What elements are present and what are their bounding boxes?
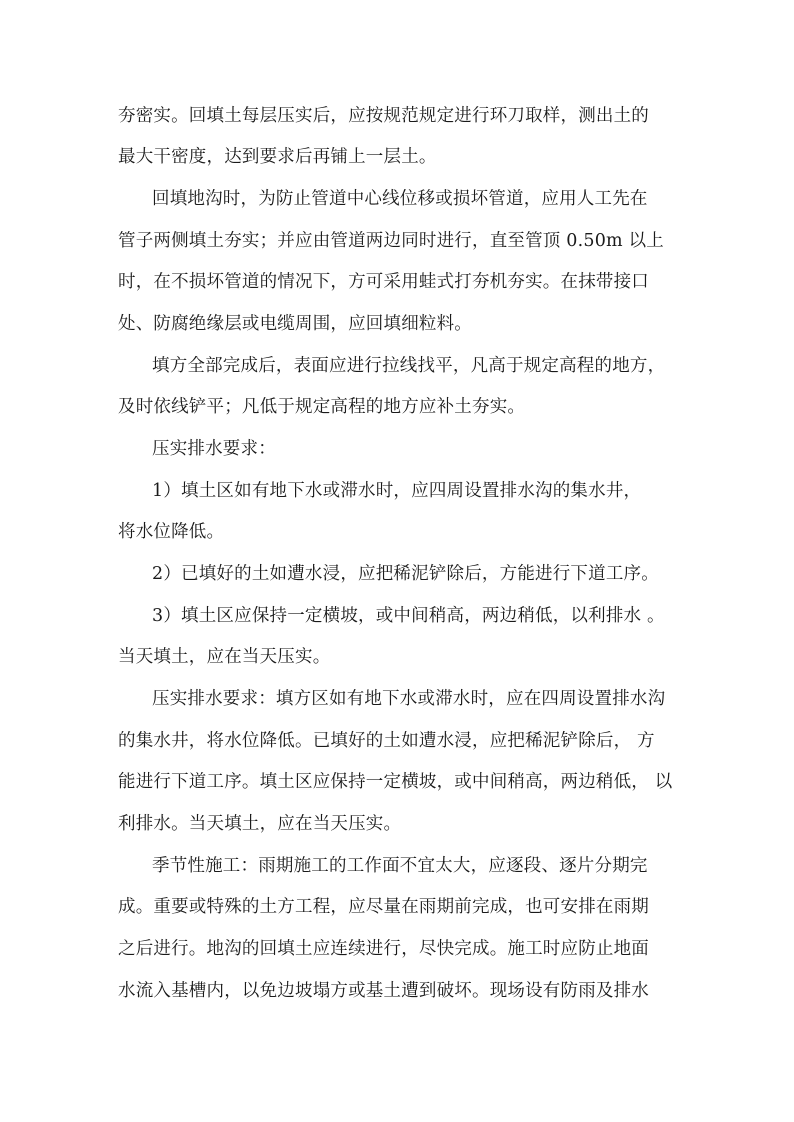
paragraph-first-line: 填方全部完成后，表面应进行拉线找平，凡高于规定高程的地方， bbox=[152, 355, 722, 377]
list-item-3: 3）填土区应保持一定横坡，或中间稍高，两边稍低，以利排水 。 bbox=[152, 605, 722, 627]
text-line: 及时依线铲平；凡低于规定高程的地方应补土夯实。 bbox=[118, 396, 688, 418]
text-line: 的集水井，将水位降低。已填好的土如遭水浸，应把稀泥铲除后， 方 bbox=[118, 730, 688, 752]
paragraph-first-line: 回填地沟时，为防止管道中心线位移或损坏管道，应用人工先在 bbox=[152, 188, 722, 210]
text-line: 之后进行。地沟的回填土应连续进行，尽快完成。施工时应防止地面 bbox=[118, 938, 688, 960]
text-line: 最大干密度，达到要求后再铺上一层土。 bbox=[118, 146, 688, 168]
text-line: 成。重要或特殊的土方工程，应尽量在雨期前完成，也可安排在雨期 bbox=[118, 896, 688, 918]
text-line: 将水位降低。 bbox=[118, 521, 688, 543]
section-heading: 压实排水要求： bbox=[152, 438, 722, 460]
paragraph-first-line: 压实排水要求：填方区如有地下水或滞水时，应在四周设置排水沟 bbox=[152, 688, 722, 710]
text-line: 时，在不损坏管道的情况下，方可采用蛙式打夯机夯实。在抹带接口 bbox=[118, 271, 688, 293]
text-line: 利排水。当天填土，应在当天压实。 bbox=[118, 813, 688, 835]
document-page: 夯密实。回填土每层压实后，应按规范规定进行环刀取样，测出土的 最大干密度，达到要… bbox=[0, 0, 794, 1122]
text-line: 水流入基槽内，以免边坡塌方或基土遭到破坏。现场设有防雨及排水 bbox=[118, 980, 688, 1002]
text-line: 当天填土，应在当天压实。 bbox=[118, 646, 688, 668]
text-line: 能进行下道工序。填土区应保持一定横坡，或中间稍高，两边稍低， 以 bbox=[118, 771, 688, 793]
text-line: 处、防腐绝缘层或电缆周围，应回填细粒料。 bbox=[118, 313, 688, 335]
list-item-2: 2）已填好的土如遭水浸，应把稀泥铲除后，方能进行下道工序。 bbox=[152, 563, 722, 585]
text-line: 夯密实。回填土每层压实后，应按规范规定进行环刀取样，测出土的 bbox=[118, 105, 688, 127]
paragraph-first-line: 季节性施工：雨期施工的工作面不宜太大，应逐段、逐片分期完 bbox=[152, 855, 722, 877]
text-line: 管子两侧填土夯实；并应由管道两边同时进行，直至管顶 0.50m 以上 bbox=[118, 230, 688, 252]
list-item-1: 1）填土区如有地下水或滞水时，应四周设置排水沟的集水井， bbox=[152, 480, 722, 502]
